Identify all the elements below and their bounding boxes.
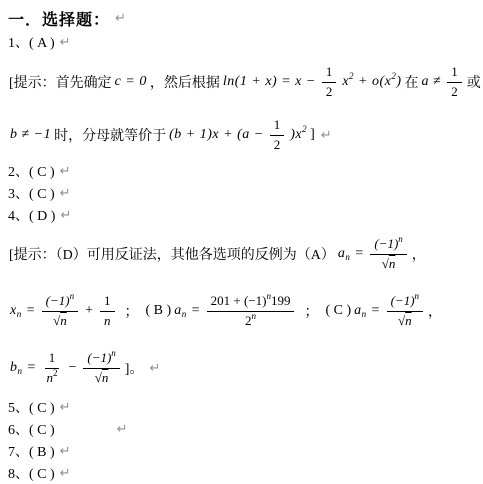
formula-ln-expansion: ln(1 + x) = x −	[223, 74, 316, 90]
answer-text-2: 2、( C )	[8, 161, 55, 181]
heading-line: 一．选择题： ↵	[8, 6, 481, 30]
hint-text: ，然后根据	[150, 72, 220, 92]
hint-text: 在	[405, 72, 419, 92]
fraction-numerator: 201 + (−1)n199	[207, 293, 295, 311]
fraction-denominator: √n	[394, 312, 416, 329]
superscript: n	[252, 311, 257, 321]
superscript: n	[398, 234, 403, 244]
variable-x-n: xn=	[10, 303, 36, 319]
superscript: 2	[302, 124, 307, 134]
formula-little-o: + o(x2)	[358, 74, 402, 90]
hint-text: [提示：首先确定	[9, 72, 112, 92]
radical-sign: √	[95, 370, 102, 385]
answer-text-1: 1、( A )	[8, 32, 55, 52]
bracket-close: ]	[310, 127, 315, 143]
subscript: n	[362, 309, 367, 319]
section-heading: 一．选择题：	[8, 7, 110, 30]
answer-text-8: 8、( C )	[8, 463, 55, 483]
subscript: n	[182, 309, 187, 319]
pilcrow-mark: ↵	[321, 128, 332, 143]
fraction-numerator: 1	[270, 117, 285, 135]
fraction-numerator: 1	[322, 64, 337, 82]
plus-operator: +	[85, 303, 93, 319]
answer-text-6: 6、( C )	[8, 419, 55, 439]
superscript: n	[111, 348, 116, 358]
fraction-one-half: 1 2	[322, 64, 337, 100]
answer-line-3: 3、( C ) ↵	[8, 182, 481, 204]
hint-text: 或	[467, 72, 481, 92]
hint2-line-3: bn= 1 n2 − (−1)n √n ]。 ↵	[8, 340, 481, 396]
answer-text-3: 3、( C )	[8, 183, 55, 203]
fraction-numerator: (−1)n	[42, 293, 78, 311]
fraction-neg1-pow-n-over-sqrt-n: (−1)n √n	[370, 236, 406, 272]
fraction-neg1-pow-n-over-sqrt-n: (−1)n √n	[83, 350, 119, 386]
fraction-one-half: 1 2	[270, 117, 285, 153]
pilcrow-mark: ↵	[115, 11, 126, 26]
fraction-numerator: 1	[45, 350, 60, 368]
fraction-numerator: 1	[447, 64, 462, 82]
formula-a-neq: a ≠	[422, 74, 442, 90]
superscript: 2	[349, 71, 354, 81]
variable-a-n: an=	[338, 246, 364, 262]
pilcrow-mark: ↵	[60, 208, 71, 223]
fraction-one-over-n-squared: 1 n2	[42, 350, 61, 386]
fraction-numerator: (−1)n	[370, 236, 406, 254]
comma: ，	[412, 244, 426, 264]
fraction-denominator: √n	[91, 369, 113, 386]
pilcrow-mark: ↵	[60, 400, 71, 415]
hint-text: 时，分母就等价于	[54, 125, 166, 145]
hint1-line-1: [提示：首先确定 c = 0 ，然后根据 ln(1 + x) = x − 1 2…	[8, 54, 481, 110]
formula-c-equals-0: c = 0	[115, 74, 147, 90]
fraction-denominator: 2	[447, 83, 462, 100]
answer-line-5: 5、( C ) ↵	[8, 396, 481, 418]
superscript: 2	[53, 368, 58, 378]
semicolon: ；	[125, 301, 139, 321]
fraction-denominator: 2n	[241, 312, 260, 329]
formula-b-neq: b ≠ −1	[10, 127, 51, 143]
radical-sign: √	[382, 256, 389, 271]
formula-x-squared: )x2	[290, 127, 307, 143]
option-b-label: ( B )	[146, 303, 172, 319]
document-page: 一．选择题： ↵ 1、( A ) ↵ [提示：首先确定 c = 0 ，然后根据 …	[0, 0, 483, 484]
fraction-one-over-n: 1 n	[100, 293, 115, 329]
answer-text-4: 4、( D )	[8, 205, 55, 225]
fraction-one-half: 1 2	[447, 64, 462, 100]
answer-text-5: 5、( C )	[8, 397, 55, 417]
fraction-denominator: 2	[322, 83, 337, 100]
fraction-numerator: (−1)n	[83, 350, 119, 368]
superscript: n	[70, 291, 75, 301]
hint1-line-2: b ≠ −1 时，分母就等价于 (b + 1)x + (a − 1 2 )x2 …	[8, 110, 481, 160]
pilcrow-mark: ↵	[60, 35, 71, 50]
fraction-neg1-pow-n-over-sqrt-n: (−1)n √n	[387, 293, 423, 329]
answer-line-7: 7、( B ) ↵	[8, 440, 481, 462]
variable-a-n: an=	[354, 303, 380, 319]
semicolon: ；	[304, 301, 318, 321]
fraction-neg1-pow-n-over-sqrt-n: (−1)n √n	[42, 293, 78, 329]
comma: ，	[428, 301, 442, 321]
option-c-label: ( C )	[325, 303, 351, 319]
fraction-denominator: 2	[270, 136, 285, 153]
subscript: n	[345, 252, 350, 262]
minus-operator: −	[68, 360, 76, 376]
fraction-denominator: n	[100, 312, 115, 329]
fraction-denominator: √n	[49, 312, 71, 329]
formula-x-squared: x2	[342, 74, 354, 90]
answer-line-4: 4、( D ) ↵	[8, 204, 481, 226]
pilcrow-mark: ↵	[149, 361, 160, 376]
formula-denominator-equiv: (b + 1)x + (a −	[169, 127, 264, 143]
variable-b-n: bn=	[10, 360, 36, 376]
hint2-line-1: [提示：（D）可用反证法，其他各选项的反例为（A） an= (−1)n √n ，	[8, 226, 481, 282]
variable-a-n: an=	[174, 303, 200, 319]
fraction-numerator: (−1)n	[387, 293, 423, 311]
fraction-numerator: 1	[100, 293, 115, 311]
bracket-close-period: ]。	[125, 358, 144, 378]
subscript: n	[18, 366, 23, 376]
pilcrow-mark: ↵	[60, 164, 71, 179]
pilcrow-mark: ↵	[60, 444, 71, 459]
answer-line-2: 2、( C ) ↵	[8, 160, 481, 182]
hint-text: [提示：（D）可用反证法，其他各选项的反例为（A）	[9, 244, 335, 264]
answer-line-1: 1、( A ) ↵	[8, 30, 481, 54]
pilcrow-mark: ↵	[117, 422, 128, 437]
fraction-201-plus-neg1-pow-n-199-over-2-pow-n: 201 + (−1)n199 2n	[207, 293, 295, 329]
hint2-line-2: xn= (−1)n √n + 1 n ； ( B ) an= 201 + (−1…	[8, 282, 481, 340]
fraction-denominator: n2	[42, 369, 61, 386]
pilcrow-mark: ↵	[60, 186, 71, 201]
answer-line-8: 8、( C ) ↵	[8, 462, 481, 484]
pilcrow-mark: ↵	[60, 466, 71, 481]
superscript: n	[415, 291, 420, 301]
subscript: n	[17, 309, 22, 319]
fraction-denominator: √n	[378, 255, 400, 272]
answer-line-6: 6、( C ) ↵	[8, 418, 481, 440]
answer-text-7: 7、( B )	[8, 441, 55, 461]
